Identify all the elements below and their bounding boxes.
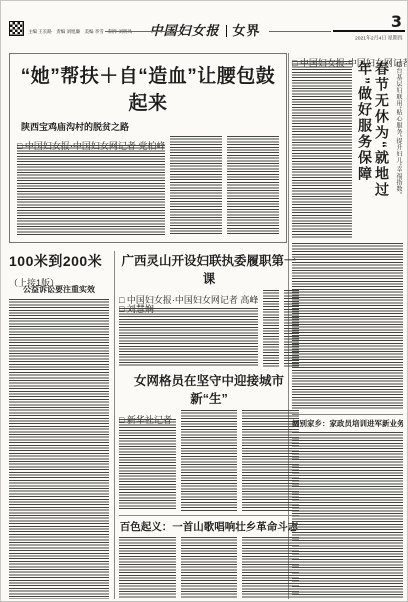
column-rule	[114, 251, 115, 599]
body-text	[170, 136, 222, 235]
masthead-divider	[226, 25, 227, 37]
middle-article-2: 女网格员在坚守中迎接城市新“生” □ 新华社记者	[119, 371, 299, 511]
body-text	[263, 290, 278, 367]
left-subhead: 公益诉讼要注重实效	[9, 284, 109, 295]
middle-article-3: 百色起义：一首山歌唱响壮乡革命斗志	[119, 515, 299, 599]
left-article: 100米到200米 （上接1版） 公益诉讼要注重实效	[9, 251, 109, 599]
divider	[292, 414, 403, 415]
header-rule-right	[269, 31, 331, 32]
right-bottom-headline: 阔别家乡：家政员培训进军新业务	[292, 418, 403, 429]
middle-article-1-headline: 广西灵山开设妇联执委履职第一课	[119, 251, 299, 287]
body-text	[242, 410, 299, 511]
newspaper-page: 主编 王长路 责编 刘旭廉 美编 李雪 制作 刘明凤 中国妇女报女界 3 202…	[0, 0, 408, 602]
lead-headline: “她”帮扶＋自“造血”让腰包鼓起来	[17, 61, 279, 115]
right-vertical-headline: 春节无休为“就地过年”做好服务保障	[354, 61, 390, 237]
body-text	[17, 145, 165, 235]
body-text	[242, 537, 299, 599]
middle-article-2-column-1: □ 新华社记者	[119, 410, 176, 511]
lead-subtitle: 陕西宝鸡庙沟村的脱贫之路	[21, 120, 279, 133]
page-number: 3	[391, 12, 402, 31]
page-number-rule	[333, 30, 405, 32]
body-text	[292, 432, 403, 599]
right-article: □ 中国妇女报·中国妇女网记者 姚建 春节无休为“就地过年”做好服务保障 烟台基…	[292, 53, 403, 599]
date-line: 2021年2月4日 星期四	[355, 34, 403, 41]
body-text	[119, 537, 176, 599]
body-text	[292, 61, 352, 239]
edition-name: 女界	[233, 23, 261, 38]
middle-article-1: 广西灵山开设妇联执委履职第一课 □ 中国妇女报·中国妇女网记者 高峰 □ 刘慧娴	[119, 251, 299, 367]
body-text	[181, 410, 238, 511]
middle-article-1-column-1: □ 中国妇女报·中国妇女网记者 高峰 □ 刘慧娴	[119, 290, 258, 367]
middle-article-2-headline: 女网格员在坚守中迎接城市新“生”	[119, 371, 299, 407]
lead-column-1: □ 中国妇女报·中国妇女网记者 党柏峰	[17, 136, 165, 235]
body-text	[9, 299, 109, 599]
body-text	[227, 136, 279, 235]
right-vertical-kicker: 烟台基层妇联用“贴心服务”提升妇儿“幸福指数”	[392, 61, 403, 237]
left-headline: 100米到200米	[9, 251, 109, 271]
middle-article-3-headline: 百色起义：一首山歌唱响壮乡革命斗志	[119, 519, 299, 534]
body-text	[119, 308, 258, 367]
lead-article: “她”帮扶＋自“造血”让腰包鼓起来 陕西宝鸡庙沟村的脱贫之路 □ 中国妇女报·中…	[9, 53, 287, 243]
header-rule-left	[105, 31, 179, 32]
body-text	[119, 419, 176, 511]
body-text	[181, 537, 238, 599]
body-text	[292, 243, 403, 410]
